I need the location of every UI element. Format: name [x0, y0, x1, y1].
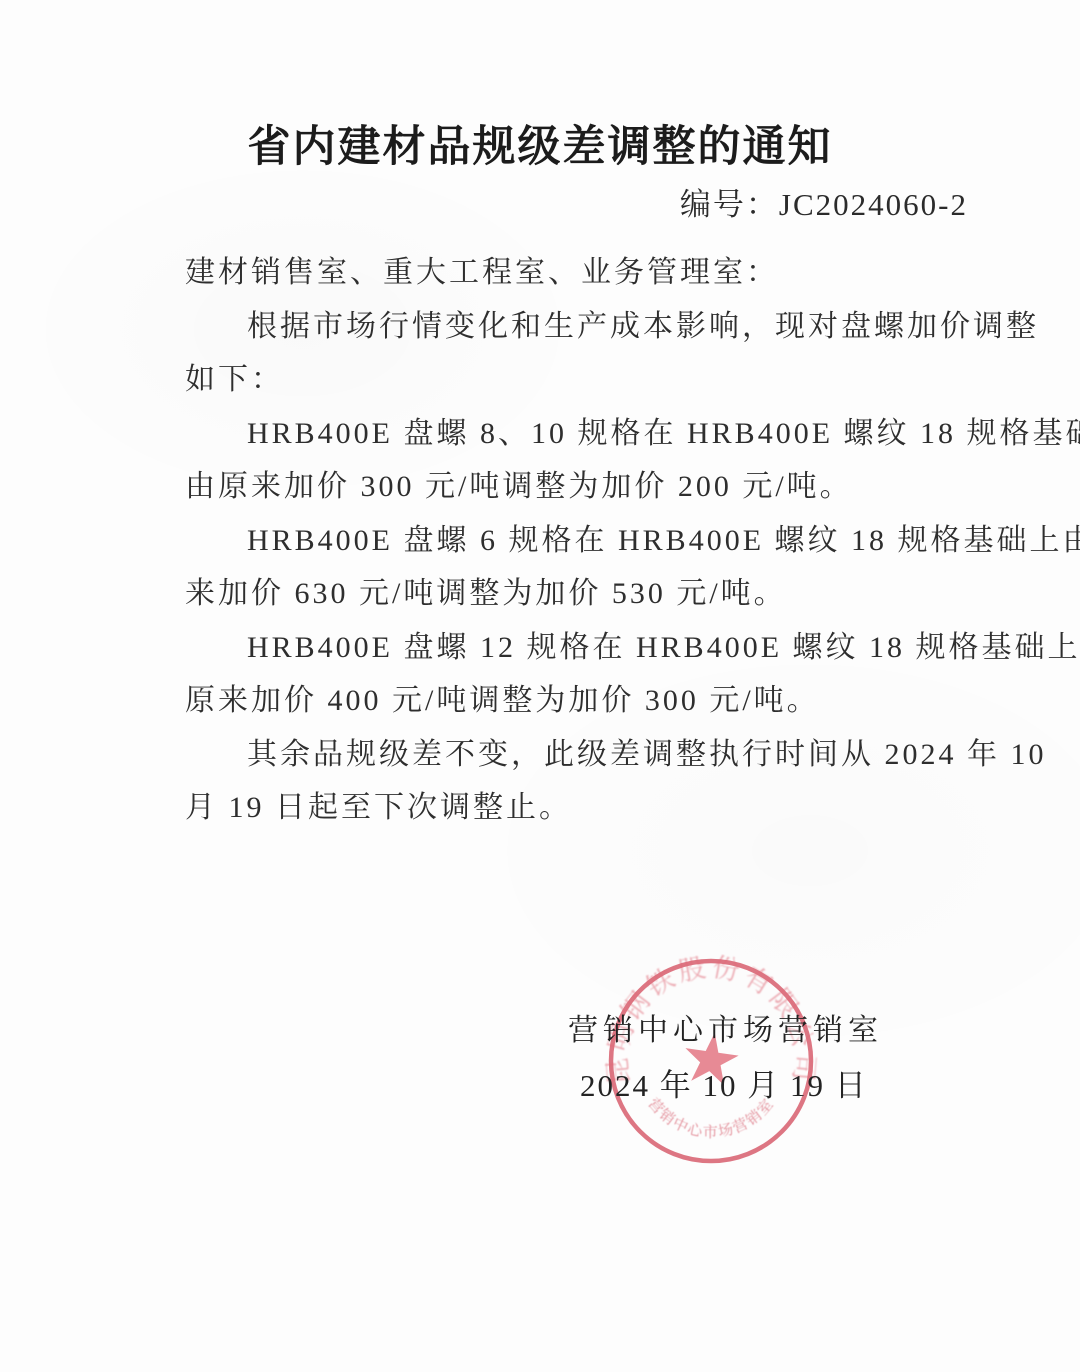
signature-date: 2024 年 10 月 19 日 — [580, 1060, 868, 1105]
body-line: 月 19 日起至下次调整止。 — [185, 781, 950, 835]
page-title: 省内建材品规级差调整的通知 — [0, 0, 1080, 174]
doc-body: 建材销售室、重大工程室、业务管理室： 根据市场行情变化和生产成本影响，现对盘螺加… — [0, 246, 1080, 835]
body-line: 由原来加价 300 元/吨调整为加价 200 元/吨。 — [185, 460, 950, 514]
body-line: 根据市场行情变化和生产成本影响，现对盘螺加价调整 — [185, 300, 950, 354]
body-line: 来加价 630 元/吨调整为加价 530 元/吨。 — [185, 567, 950, 621]
recipients-line: 建材销售室、重大工程室、业务管理室： — [185, 246, 950, 300]
body-line: HRB400E 盘螺 8、10 规格在 HRB400E 螺纹 18 规格基础上 — [185, 407, 950, 461]
body-line: HRB400E 盘螺 12 规格在 HRB400E 螺纹 18 规格基础上由 — [185, 621, 950, 675]
body-line: 如下： — [185, 353, 950, 407]
notice-document-page: 省内建材品规级差调整的通知 编号：JC2024060-2 建材销售室、重大工程室… — [0, 0, 1080, 1372]
body-line: 原来加价 400 元/吨调整为加价 300 元/吨。 — [185, 674, 950, 728]
doc-number: 编号：JC2024060-2 — [0, 188, 1080, 222]
body-line: 其余品规级差不变，此级差调整执行时间从 2024 年 10 — [185, 728, 950, 782]
body-line: HRB400E 盘螺 6 规格在 HRB400E 螺纹 18 规格基础上由原 — [185, 514, 950, 568]
signature-department: 营销中心市场营销室 — [568, 1005, 883, 1049]
